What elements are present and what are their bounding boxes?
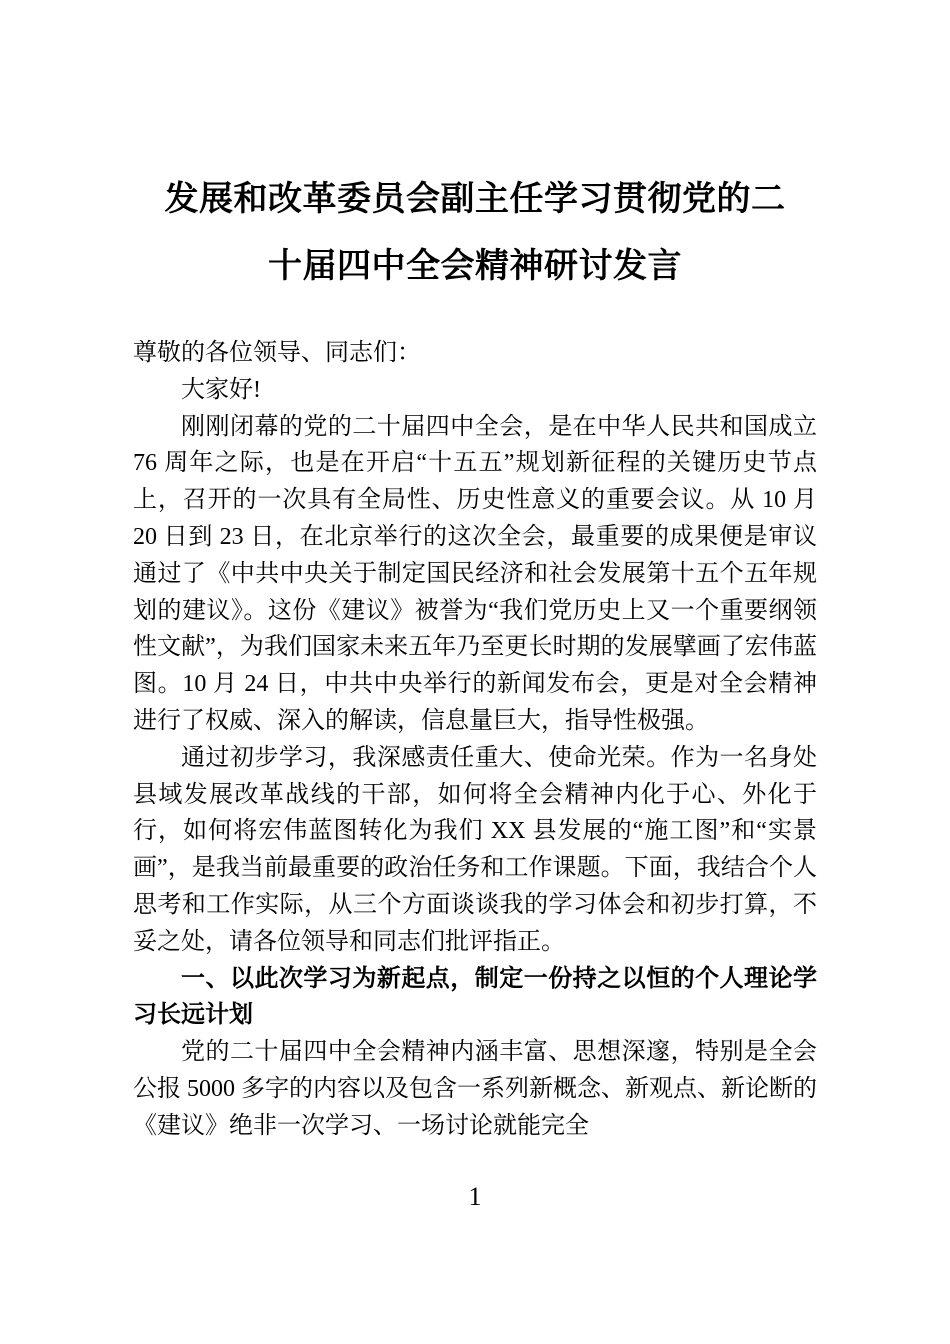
document-title: 发展和改革委员会副主任学习贯彻党的二 十届四中全会精神研讨发言 — [133, 166, 817, 300]
salutation-line: 尊敬的各位领导、同志们： — [133, 335, 817, 372]
paragraph-personal-reflection: 通过初步学习，我深感责任重大、使命光荣。作为一名身处县域发展改革战线的干部，如何… — [133, 740, 817, 961]
document-title-line-1: 发展和改革委员会副主任学习贯彻党的二 — [133, 166, 817, 233]
document-content: 发展和改革委员会副主任学习贯彻党的二 十届四中全会精神研讨发言 尊敬的各位领导、… — [133, 166, 817, 1145]
document-body: 尊敬的各位领导、同志们： 大家好! 刚刚闭幕的党的二十届四中全会，是在中华人民共… — [133, 335, 817, 1145]
greeting-line: 大家好! — [133, 372, 817, 409]
page-number: 1 — [0, 1182, 950, 1212]
document-page: 发展和改革委员会副主任学习贯彻党的二 十届四中全会精神研讨发言 尊敬的各位领导、… — [0, 0, 950, 1344]
paragraph-plenary-overview: 刚刚闭幕的党的二十届四中全会，是在中华人民共和国成立 76 周年之际，也是在开启… — [133, 409, 817, 740]
section-heading-1: 一、以此次学习为新起点，制定一份持之以恒的个人理论学习长远计划 — [133, 961, 817, 1035]
paragraph-study-plan: 党的二十届四中全会精神内涵丰富、思想深邃，特别是全会公报 5000 多字的内容以… — [133, 1034, 817, 1144]
document-title-line-2: 十届四中全会精神研讨发言 — [133, 233, 817, 300]
